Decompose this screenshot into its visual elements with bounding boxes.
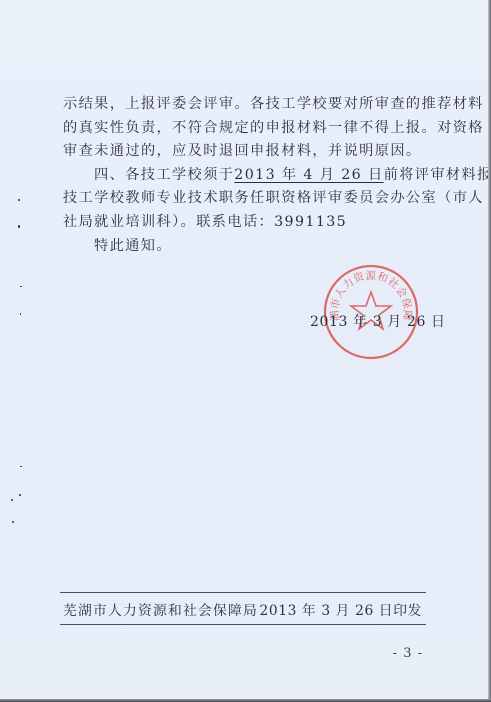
- signature-date: 2013 年 3 月 26 日: [310, 311, 446, 331]
- footer-issuer: 芜湖市人力资源和社会保障局: [63, 599, 258, 619]
- item-four-line-2: 技工学校教师专业技术职务任职资格评审委员会办公室（市人: [63, 187, 425, 211]
- scan-speck: [18, 199, 20, 201]
- scan-speck: [11, 499, 13, 501]
- footer-issued-date: 2013 年 3 月 26 日印发: [259, 599, 422, 619]
- scan-speck: [20, 286, 22, 287]
- scan-speck: [19, 494, 21, 496]
- item-four-line-1: 四、各技工学校须于2013 年 4 月 26 日前将评审材料报市: [63, 164, 425, 188]
- item-four-line-3: 社局就业培训科）。联系电话：3991135: [63, 211, 425, 235]
- body-line-1: 示结果，上报评委会评审。各技工学校要对所审查的推荐材料: [63, 93, 425, 117]
- submission-deadline: 2013 年 4 月 26 日: [234, 167, 383, 183]
- closing-line: 特此通知。: [63, 235, 425, 259]
- body-line-3: 审查未通过的，应及时退回申报材料，并说明原因。: [63, 140, 425, 164]
- footer-rule-top: [60, 592, 426, 593]
- item-four-suffix: 前将评审材料报市: [384, 167, 491, 183]
- scan-speck: [20, 466, 22, 467]
- scan-speck: [18, 225, 20, 228]
- document-body: 示结果，上报评委会评审。各技工学校要对所审查的推荐材料 的真实性负责，不符合规定…: [63, 93, 425, 258]
- footer-rule-bottom: [60, 624, 426, 625]
- body-line-2: 的真实性负责，不符合规定的申报材料一律不得上报。对资格: [63, 117, 425, 141]
- scanned-page: 示结果，上报评委会评审。各技工学校要对所审查的推荐材料 的真实性负责，不符合规定…: [0, 0, 491, 702]
- item-four-prefix: 四、各技工学校须于: [94, 167, 234, 183]
- scan-speck: [20, 313, 21, 315]
- scan-speck: [12, 521, 14, 523]
- page-number: - 3 -: [393, 646, 423, 661]
